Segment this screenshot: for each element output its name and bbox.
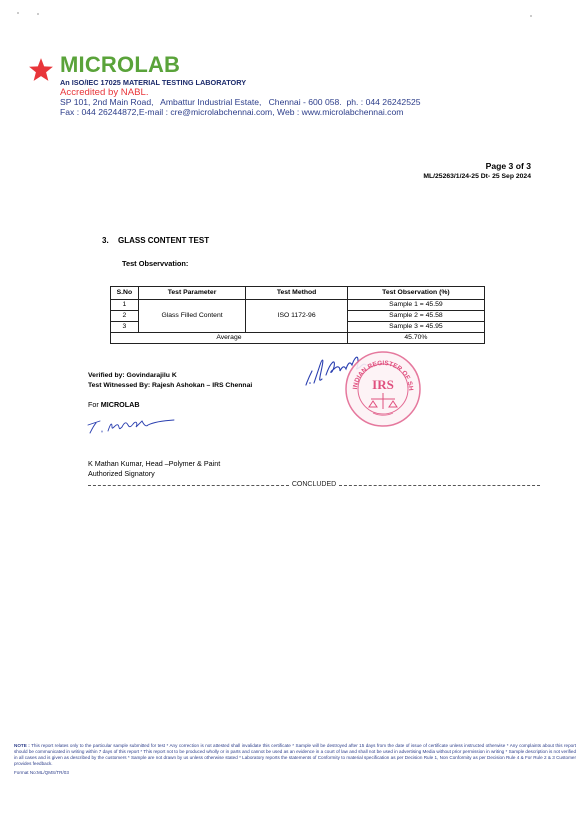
header-test-observation: Test Observation (%) — [347, 287, 484, 300]
page-number: Page 3 of 3 — [486, 161, 531, 172]
for-prefix: For — [88, 400, 101, 409]
cell-observation: Sample 3 = 45.95 — [347, 322, 484, 333]
section-subtitle: Test Observvation: — [122, 259, 188, 268]
company-name: MICROLAB — [60, 52, 180, 78]
signer-name: K Mathan Kumar, Head –Polymer & Paint — [88, 459, 220, 468]
header-test-parameter: Test Parameter — [138, 287, 246, 300]
red-star-icon — [28, 57, 54, 83]
divider-line — [88, 485, 289, 486]
average-value: 45.70% — [347, 333, 484, 344]
table-row: 1 Glass Filled Content ISO 1172-96 Sampl… — [111, 300, 485, 311]
note-label: NOTE : — [14, 743, 30, 748]
note-text: This report relates only to the particul… — [14, 743, 576, 766]
cell-test-parameter: Glass Filled Content — [138, 300, 246, 333]
cell-sno: 3 — [111, 322, 139, 333]
observation-table: S.No Test Parameter Test Method Test Obs… — [110, 286, 485, 344]
witnessed-by: Test Witnessed By: Rajesh Ashokan – IRS … — [88, 381, 252, 390]
cell-sno: 1 — [111, 300, 139, 311]
format-number: Format No:ML/QMS/TR/03 — [14, 770, 69, 776]
for-company: For MICROLAB — [88, 400, 140, 409]
contact-line: Fax : 044 26244872,E-mail : cre@microlab… — [60, 107, 403, 118]
verified-by: Verified by: Govindarajilu K — [88, 371, 177, 380]
handwritten-signature-icon — [86, 415, 176, 437]
company-tagline: An ISO/IEC 17025 MATERIAL TESTING LABORA… — [60, 78, 246, 87]
concluded-text: CONCLUDED — [289, 480, 339, 489]
cell-observation: Sample 2 = 45.58 — [347, 311, 484, 322]
irs-stamp-icon: INDIAN REGISTER OF SHIPPING IRS — [343, 349, 423, 429]
signer-title: Authorized Signatory — [88, 469, 155, 478]
divider-line — [339, 485, 540, 486]
for-company-name: MICROLAB — [101, 400, 140, 409]
footer-note: NOTE : This report relates only to the p… — [14, 743, 576, 767]
section-heading: 3.GLASS CONTENT TEST — [102, 236, 209, 246]
svg-text:IRS: IRS — [372, 377, 394, 392]
section-number: 3. — [102, 236, 118, 246]
table-header-row: S.No Test Parameter Test Method Test Obs… — [111, 287, 485, 300]
concluded-divider: CONCLUDED — [88, 480, 540, 489]
section-title: GLASS CONTENT TEST — [118, 236, 209, 245]
header-test-method: Test Method — [246, 287, 348, 300]
scan-speck — [37, 13, 39, 15]
table-average-row: Average 45.70% — [111, 333, 485, 344]
scan-speck — [17, 12, 19, 14]
cell-sno: 2 — [111, 311, 139, 322]
report-reference: ML/25263/1/24-25 Dt- 25 Sep 2024 — [423, 172, 531, 181]
cell-test-method: ISO 1172-96 — [246, 300, 348, 333]
header-sno: S.No — [111, 287, 139, 300]
cell-observation: Sample 1 = 45.59 — [347, 300, 484, 311]
scan-speck — [530, 15, 532, 17]
average-label: Average — [111, 333, 348, 344]
